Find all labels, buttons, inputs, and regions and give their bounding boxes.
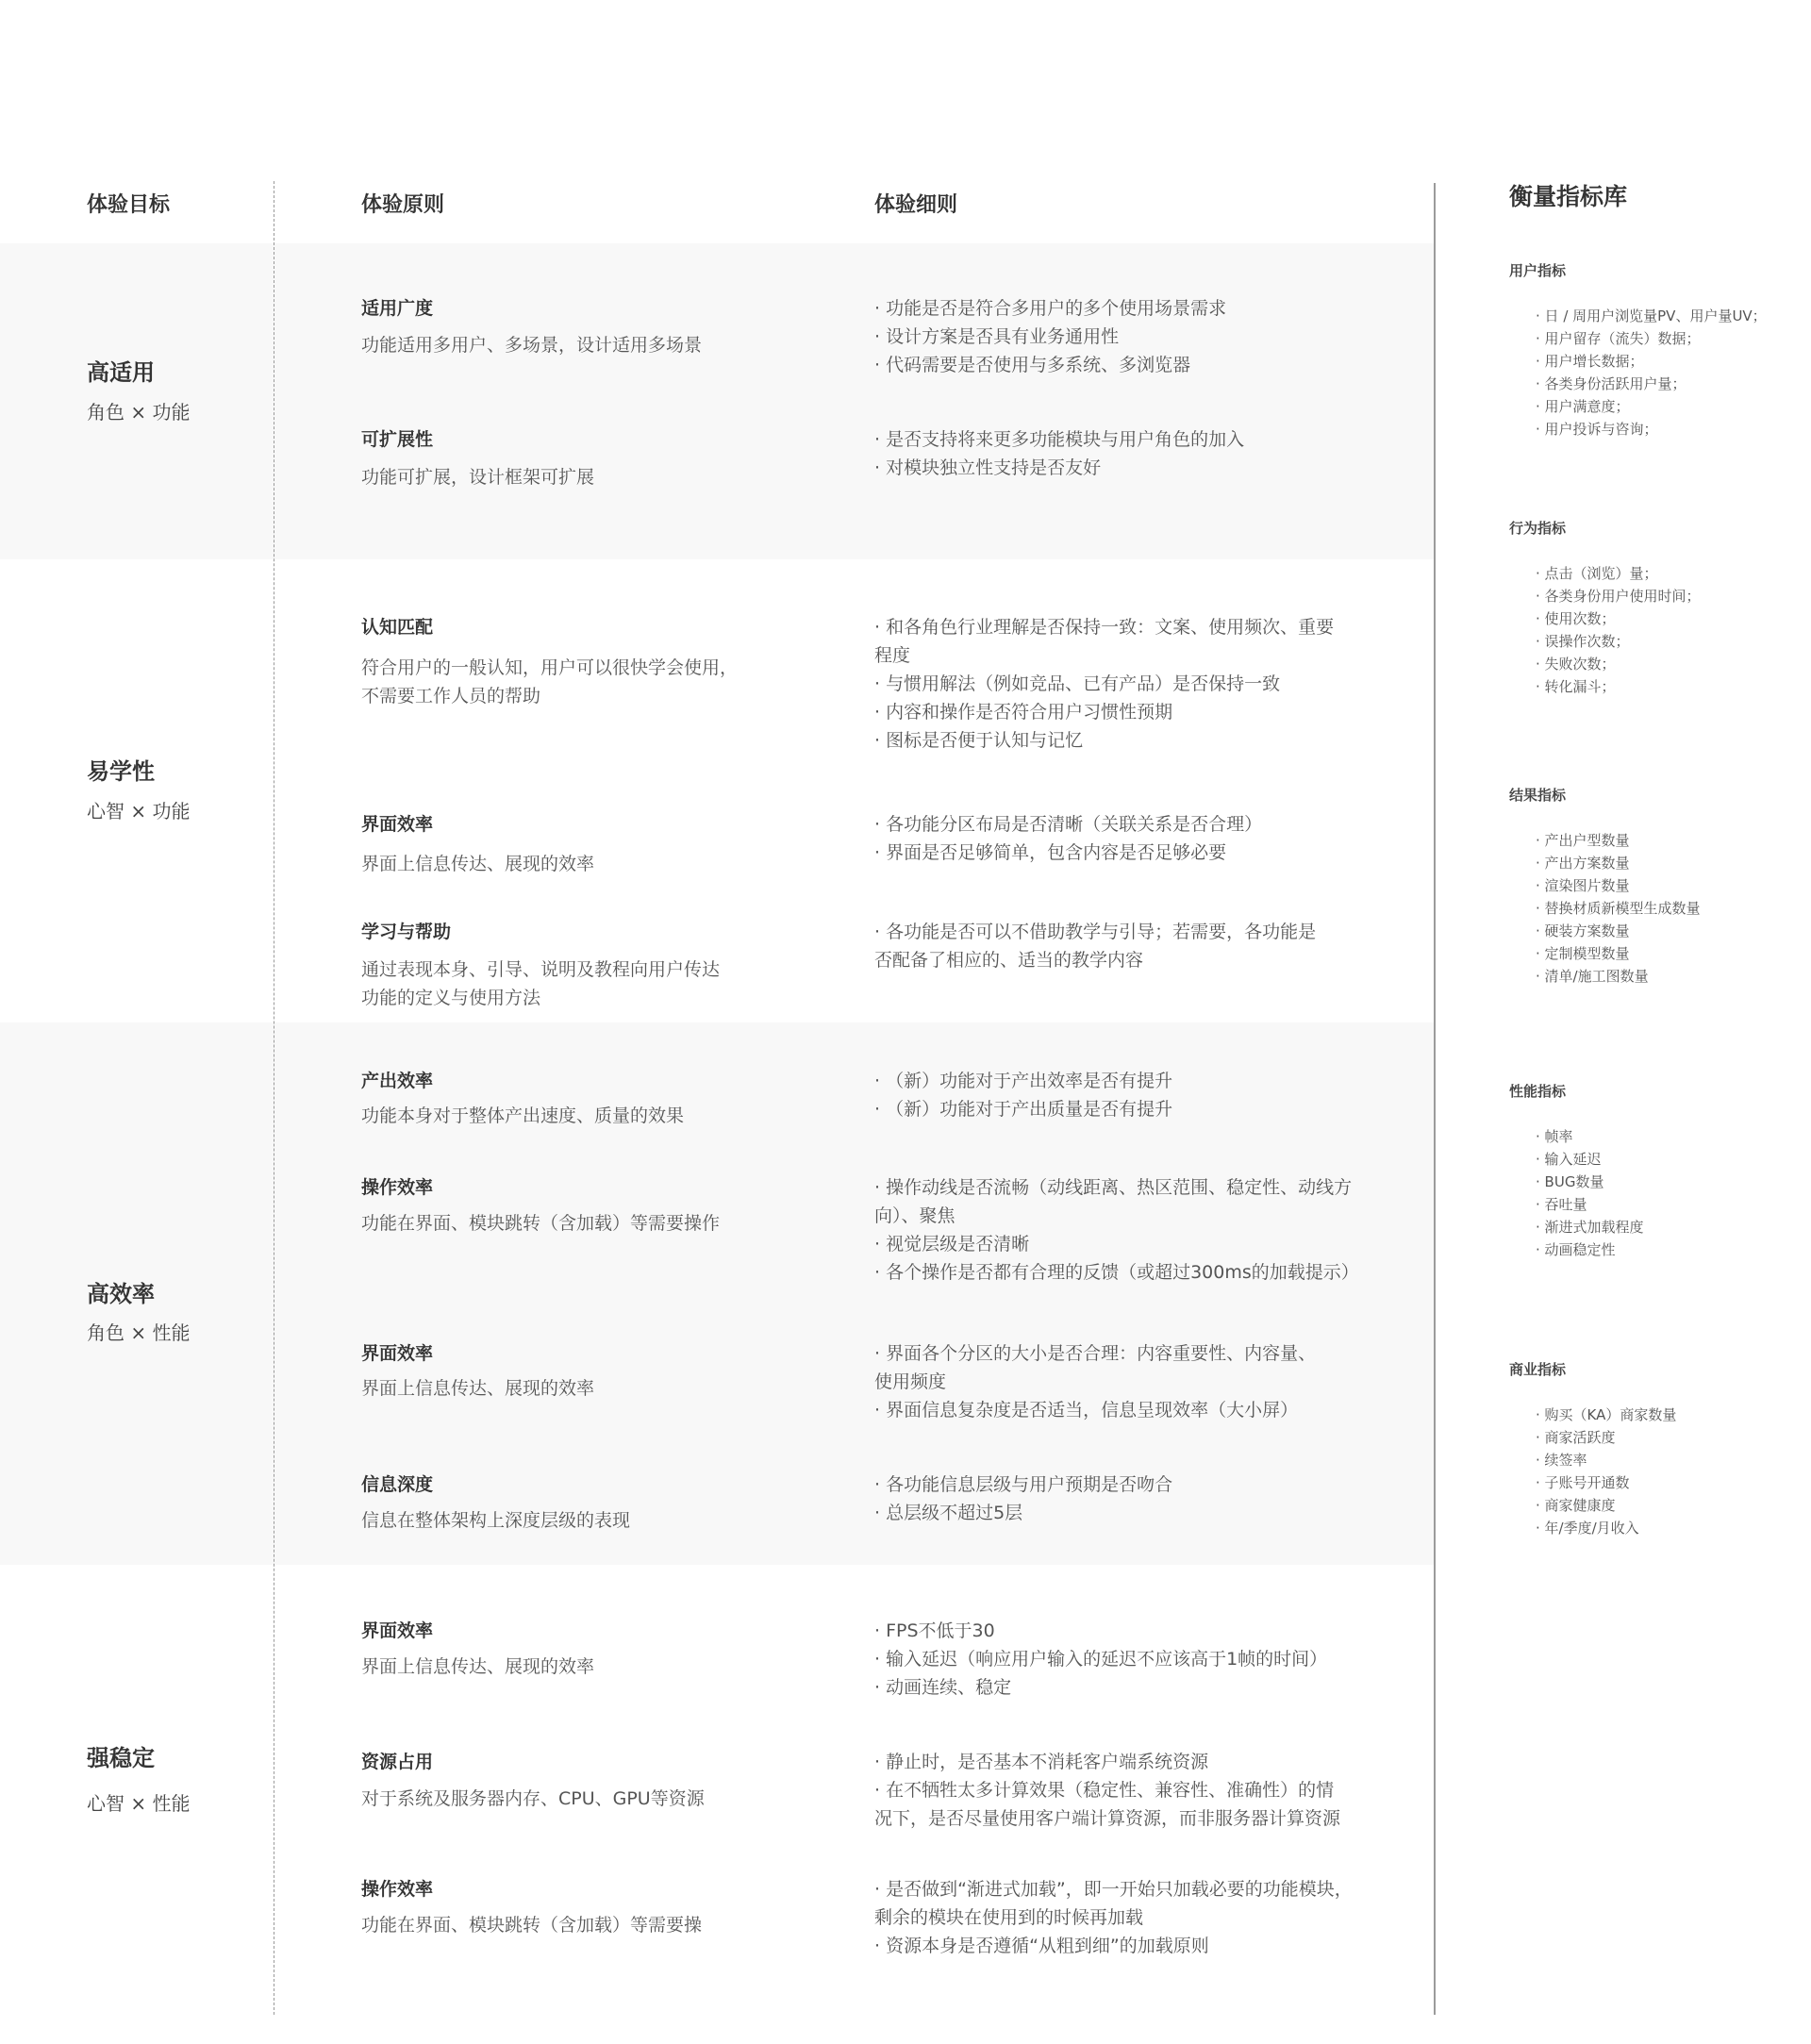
principle-title: 信息深度 — [361, 1472, 433, 1497]
metric-item: 替换材质新模型生成数量 — [1536, 897, 1792, 920]
detail-line: 否配备了相应的、适当的教学内容 — [874, 946, 1384, 974]
metric-item: 渐进式加载程度 — [1536, 1216, 1792, 1238]
metric-item: 动画稳定性 — [1536, 1238, 1792, 1261]
principle-desc: 功能适用多用户、多场景，设计适用多场景 — [361, 331, 805, 359]
principle-desc-line: 功能可扩展，设计框架可扩展 — [361, 463, 805, 491]
detail-line: · 资源本身是否遵循“从粗到细”的加载原则 — [874, 1932, 1384, 1960]
principle-title: 可扩展性 — [361, 427, 433, 452]
detail-line: · 界面各个分区的大小是否合理：内容重要性、内容量、 — [874, 1339, 1384, 1368]
principle-desc: 功能在界面、模块跳转（含加载）等需要操 — [361, 1911, 805, 1939]
principle-title: 操作效率 — [361, 1175, 433, 1200]
detail-line: · 是否做到“渐进式加载”，即一开始只加载必要的功能模块， — [874, 1875, 1384, 1903]
metrics-section-user: 用户指标 日 / 周用户浏览量PV、用户量UV； 用户留存（流失）数据； 用户增… — [1509, 261, 1792, 440]
principle-title: 操作效率 — [361, 1877, 433, 1902]
metric-item: 使用次数； — [1536, 607, 1792, 630]
principle-title: 适用广度 — [361, 296, 433, 321]
principle-details: · 功能是否是符合多用户的多个使用场景需求 · 设计方案是否具有业务通用性 · … — [874, 294, 1384, 379]
detail-line: · 功能是否是符合多用户的多个使用场景需求 — [874, 294, 1384, 323]
principle-title: 认知匹配 — [361, 615, 433, 640]
detail-line: 剩余的模块在使用到的时候再加载 — [874, 1903, 1384, 1932]
detail-line: · 操作动线是否流畅（动线距离、热区范围、稳定性、动线方 — [874, 1173, 1384, 1202]
detail-line: · 各个操作是否都有合理的反馈（或超过300ms的加载提示） — [874, 1258, 1384, 1287]
detail-line: · 代码需要是否使用与多系统、多浏览器 — [874, 351, 1384, 379]
metrics-section-business: 商业指标 购买（KA）商家数量 商家活跃度 续签率 子账号开通数 商家健康度 年… — [1509, 1360, 1792, 1539]
goal-subtitle: 心智 × 性能 — [87, 1790, 190, 1817]
metrics-section-title: 性能指标 — [1509, 1082, 1792, 1101]
metric-item: 产出方案数量 — [1536, 852, 1792, 874]
principle-desc-line: 功能适用多用户、多场景，设计适用多场景 — [361, 331, 805, 359]
detail-line: · 动画连续、稳定 — [874, 1673, 1384, 1702]
detail-line: 向）、聚焦 — [874, 1202, 1384, 1230]
principle-desc: 功能本身对于整体产出速度、质量的效果 — [361, 1102, 805, 1130]
metrics-section-title: 商业指标 — [1509, 1360, 1792, 1379]
principle-details: · 各功能信息层级与用户预期是否吻合 · 总层级不超过5层 — [874, 1471, 1384, 1527]
metrics-list: 产出户型数量 产出方案数量 渲染图片数量 替换材质新模型生成数量 硬装方案数量 … — [1509, 829, 1792, 988]
principle-title: 产出效率 — [361, 1069, 433, 1093]
metric-item: 误操作次数； — [1536, 630, 1792, 653]
goal-subtitle: 心智 × 功能 — [87, 798, 190, 824]
principle-desc: 功能在界面、模块跳转（含加载）等需要操作 — [361, 1209, 805, 1238]
metric-item: 清单/施工图数量 — [1536, 965, 1792, 988]
detail-line: · （新）功能对于产出质量是否有提升 — [874, 1095, 1384, 1123]
detail-line: · 视觉层级是否清晰 — [874, 1230, 1384, 1258]
metric-item: 用户投诉与咨询； — [1536, 418, 1792, 440]
metric-item: 输入延迟 — [1536, 1148, 1792, 1171]
principle-details: · 是否支持将来更多功能模块与用户角色的加入 · 对模块独立性支持是否友好 — [874, 425, 1384, 482]
detail-line: · 与惯用解法（例如竞品、已有产品）是否保持一致 — [874, 670, 1384, 698]
goal-title: 强稳定 — [87, 1744, 155, 1772]
principle-details: · 静止时，是否基本不消耗客户端系统资源 · 在不牺牲太多计算效果（稳定性、兼容… — [874, 1748, 1384, 1833]
detail-line: 使用频度 — [874, 1368, 1384, 1396]
metrics-list: 点击（浏览）量； 各类身份用户使用时间； 使用次数； 误操作次数； 失败次数； … — [1509, 562, 1792, 698]
detail-line: · （新）功能对于产出效率是否有提升 — [874, 1067, 1384, 1095]
metric-item: 各类身份用户使用时间； — [1536, 585, 1792, 607]
metrics-section-performance: 性能指标 帧率 输入延迟 BUG数量 吞吐量 渐进式加载程度 动画稳定性 — [1509, 1082, 1792, 1261]
principle-desc-line: 信息在整体架构上深度层级的表现 — [361, 1506, 805, 1535]
metrics-section-behavior: 行为指标 点击（浏览）量； 各类身份用户使用时间； 使用次数； 误操作次数； 失… — [1509, 519, 1792, 698]
principle-desc-line: 功能本身对于整体产出速度、质量的效果 — [361, 1102, 805, 1130]
principle-desc-line: 通过表现本身、引导、说明及教程向用户传达 — [361, 956, 805, 984]
principle-details: · （新）功能对于产出效率是否有提升 · （新）功能对于产出质量是否有提升 — [874, 1067, 1384, 1123]
metrics-list: 帧率 输入延迟 BUG数量 吞吐量 渐进式加载程度 动画稳定性 — [1509, 1125, 1792, 1261]
principle-desc: 通过表现本身、引导、说明及教程向用户传达 功能的定义与使用方法 — [361, 956, 805, 1012]
principle-title: 学习与帮助 — [361, 920, 451, 944]
principle-title: 界面效率 — [361, 1341, 433, 1366]
metric-item: 硬装方案数量 — [1536, 920, 1792, 942]
detail-line: · 总层级不超过5层 — [874, 1499, 1384, 1527]
detail-line: · 各功能是否可以不借助教学与引导；若需要，各功能是 — [874, 918, 1384, 946]
metric-item: 各类身份活跃用户量； — [1536, 373, 1792, 395]
metrics-section-title: 用户指标 — [1509, 261, 1792, 280]
metrics-panel-title: 衡量指标库 — [1509, 182, 1627, 212]
principle-details: · 各功能是否可以不借助教学与引导；若需要，各功能是 否配备了相应的、适当的教学… — [874, 918, 1384, 974]
detail-line: · 内容和操作是否符合用户习惯性预期 — [874, 698, 1384, 726]
metric-item: 日 / 周用户浏览量PV、用户量UV； — [1536, 305, 1792, 327]
principle-desc: 界面上信息传达、展现的效率 — [361, 1653, 805, 1681]
principle-desc-line: 不需要工作人员的帮助 — [361, 682, 805, 710]
detail-line: · 设计方案是否具有业务通用性 — [874, 323, 1384, 351]
principle-details: · 是否做到“渐进式加载”，即一开始只加载必要的功能模块， 剩余的模块在使用到的… — [874, 1875, 1384, 1960]
metric-item: 渲染图片数量 — [1536, 874, 1792, 897]
metrics-list: 购买（KA）商家数量 商家活跃度 续签率 子账号开通数 商家健康度 年/季度/月… — [1509, 1404, 1792, 1539]
principle-desc-line: 符合用户的一般认知，用户可以很快学会使用， — [361, 654, 805, 682]
principle-details: · 和各角色行业理解是否保持一致：文案、使用频次、重要 程度 · 与惯用解法（例… — [874, 613, 1384, 755]
metric-item: 购买（KA）商家数量 — [1536, 1404, 1792, 1426]
metric-item: 续签率 — [1536, 1449, 1792, 1471]
detail-line: · 和各角色行业理解是否保持一致：文案、使用频次、重要 — [874, 613, 1384, 641]
detail-line: · 是否支持将来更多功能模块与用户角色的加入 — [874, 425, 1384, 454]
detail-line: 况下，是否尽量使用客户端计算资源，而非服务器计算资源 — [874, 1804, 1384, 1833]
header-detail: 体验细则 — [874, 192, 957, 219]
metric-item: 子账号开通数 — [1536, 1471, 1792, 1494]
metric-item: 定制模型数量 — [1536, 942, 1792, 965]
metric-item: 点击（浏览）量； — [1536, 562, 1792, 585]
principle-details: · 各功能分区布局是否清晰（关联关系是否合理） · 界面是否足够简单，包含内容是… — [874, 810, 1384, 867]
principle-desc: 功能可扩展，设计框架可扩展 — [361, 463, 805, 491]
goal-subtitle: 角色 × 功能 — [87, 399, 190, 425]
detail-line: · 各功能分区布局是否清晰（关联关系是否合理） — [874, 810, 1384, 839]
goal-title: 高效率 — [87, 1280, 155, 1308]
header-principle: 体验原则 — [361, 192, 444, 219]
principle-desc: 界面上信息传达、展现的效率 — [361, 1374, 805, 1403]
detail-line: · 界面信息复杂度是否适当，信息呈现效率（大小屏） — [874, 1396, 1384, 1424]
detail-line: · 对模块独立性支持是否友好 — [874, 454, 1384, 482]
metrics-panel-divider — [1434, 183, 1436, 2015]
metric-item: BUG数量 — [1536, 1171, 1792, 1193]
goal-subtitle: 角色 × 性能 — [87, 1320, 190, 1346]
metric-item: 商家健康度 — [1536, 1494, 1792, 1517]
metric-item: 转化漏斗； — [1536, 675, 1792, 698]
principle-desc-line: 功能在界面、模块跳转（含加载）等需要操 — [361, 1911, 805, 1939]
detail-line: · 图标是否便于认知与记忆 — [874, 726, 1384, 755]
detail-line: · 静止时，是否基本不消耗客户端系统资源 — [874, 1748, 1384, 1776]
principle-desc-line: 界面上信息传达、展现的效率 — [361, 1653, 805, 1681]
header-goal: 体验目标 — [87, 192, 170, 219]
metric-item: 用户留存（流失）数据； — [1536, 327, 1792, 350]
principle-title: 资源占用 — [361, 1750, 433, 1774]
metric-item: 用户满意度； — [1536, 395, 1792, 418]
metrics-list: 日 / 周用户浏览量PV、用户量UV； 用户留存（流失）数据； 用户增长数据； … — [1509, 305, 1792, 440]
detail-line: · FPS不低于30 — [874, 1617, 1384, 1645]
metric-item: 失败次数； — [1536, 653, 1792, 675]
principle-desc-line: 对于系统及服务器内存、CPU、GPU等资源 — [361, 1785, 805, 1813]
detail-line: · 输入延迟（响应用户输入的延迟不应该高于1帧的时间） — [874, 1645, 1384, 1673]
principle-desc: 对于系统及服务器内存、CPU、GPU等资源 — [361, 1785, 805, 1813]
principle-desc-line: 功能的定义与使用方法 — [361, 984, 805, 1012]
detail-line: 程度 — [874, 641, 1384, 670]
principle-desc-line: 界面上信息传达、展现的效率 — [361, 1374, 805, 1403]
principle-desc: 界面上信息传达、展现的效率 — [361, 850, 805, 878]
metric-item: 帧率 — [1536, 1125, 1792, 1148]
goal-title: 高适用 — [87, 358, 155, 387]
metric-item: 用户增长数据； — [1536, 350, 1792, 373]
goal-title: 易学性 — [87, 757, 155, 786]
principle-desc-line: 功能在界面、模块跳转（含加载）等需要操作 — [361, 1209, 805, 1238]
principle-title: 界面效率 — [361, 1619, 433, 1643]
metrics-section-title: 结果指标 — [1509, 786, 1792, 805]
goal-column-divider — [274, 181, 274, 2015]
detail-line: · 各功能信息层级与用户预期是否吻合 — [874, 1471, 1384, 1499]
metrics-section-result: 结果指标 产出户型数量 产出方案数量 渲染图片数量 替换材质新模型生成数量 硬装… — [1509, 786, 1792, 988]
principle-desc: 信息在整体架构上深度层级的表现 — [361, 1506, 805, 1535]
principle-details: · FPS不低于30 · 输入延迟（响应用户输入的延迟不应该高于1帧的时间） ·… — [874, 1617, 1384, 1702]
metric-item: 吞吐量 — [1536, 1193, 1792, 1216]
band-high-applicability — [0, 243, 1436, 559]
metric-item: 商家活跃度 — [1536, 1426, 1792, 1449]
principle-details: · 操作动线是否流畅（动线距离、热区范围、稳定性、动线方 向）、聚焦 · 视觉层… — [874, 1173, 1384, 1287]
detail-line: · 在不牺牲太多计算效果（稳定性、兼容性、准确性）的情 — [874, 1776, 1384, 1804]
metrics-section-title: 行为指标 — [1509, 519, 1792, 538]
principle-desc-line: 界面上信息传达、展现的效率 — [361, 850, 805, 878]
metric-item: 年/季度/月收入 — [1536, 1517, 1792, 1539]
principle-title: 界面效率 — [361, 812, 433, 837]
metric-item: 产出户型数量 — [1536, 829, 1792, 852]
principle-desc: 符合用户的一般认知，用户可以很快学会使用， 不需要工作人员的帮助 — [361, 654, 805, 710]
principle-details: · 界面各个分区的大小是否合理：内容重要性、内容量、 使用频度 · 界面信息复杂… — [874, 1339, 1384, 1424]
detail-line: · 界面是否足够简单，包含内容是否足够必要 — [874, 839, 1384, 867]
